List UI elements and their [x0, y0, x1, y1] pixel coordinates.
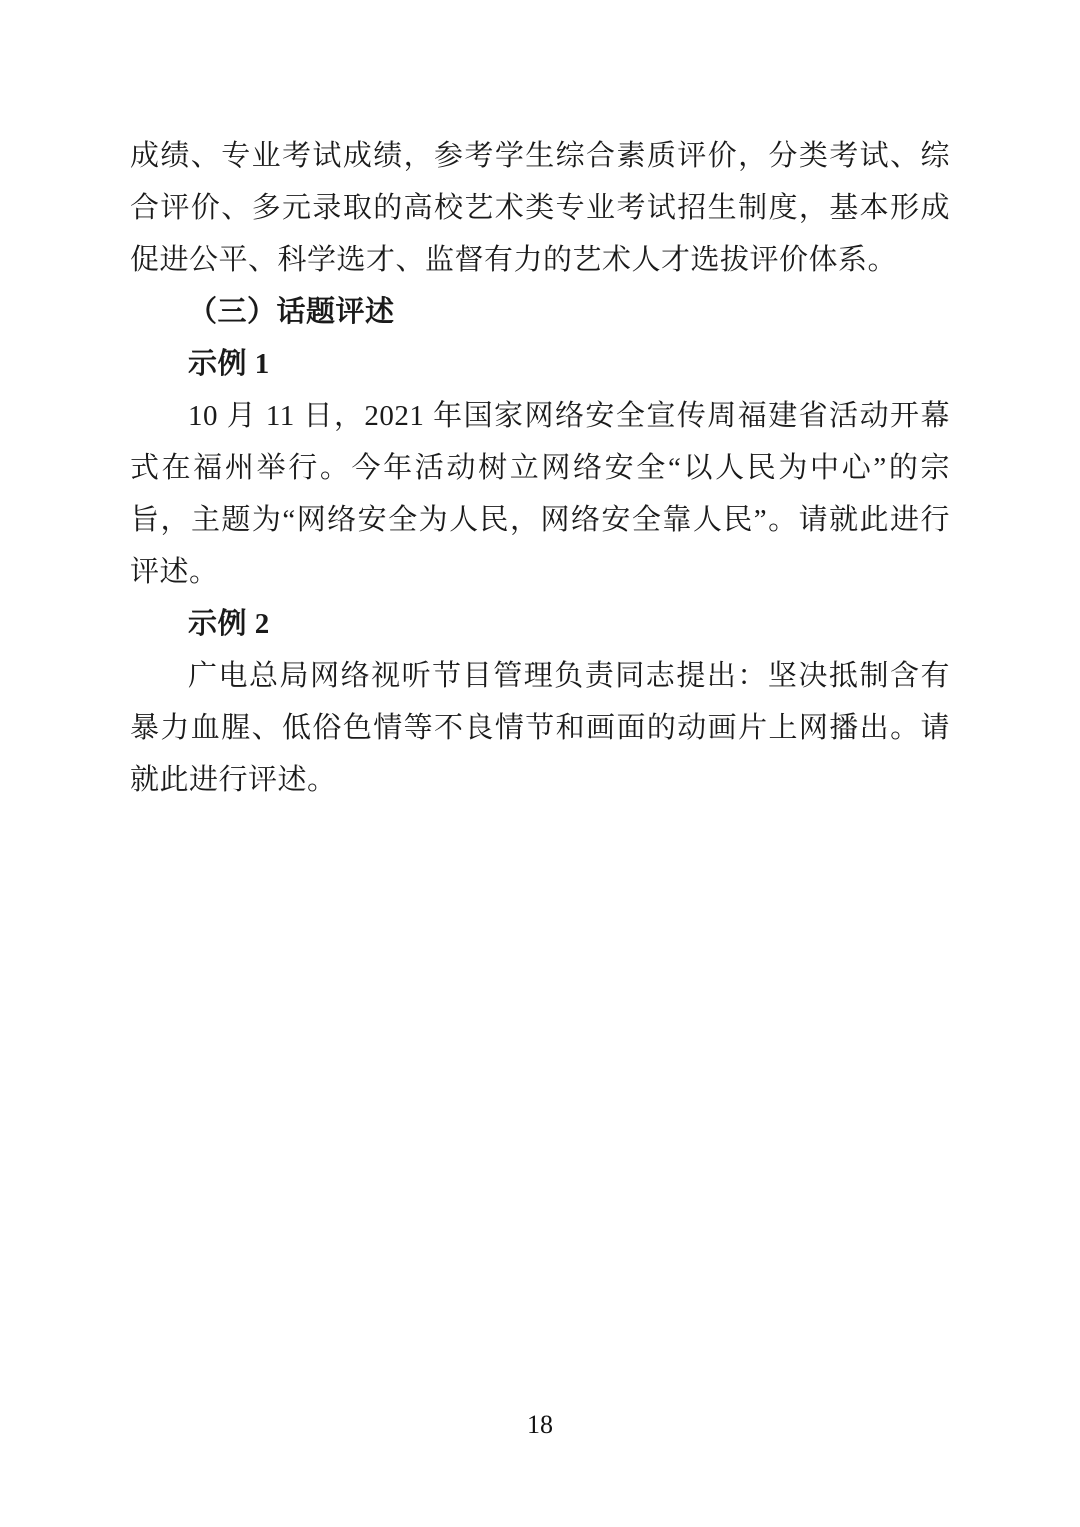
document-page: 成绩、专业考试成绩，参考学生综合素质评价，分类考试、综合评价、多元录取的高校艺术… [0, 0, 1080, 1527]
example-1-heading: 示例 1 [130, 338, 950, 390]
section-heading-topic-review: （三）话题评述 [130, 286, 950, 338]
example-2-heading: 示例 2 [130, 598, 950, 650]
example-1-paragraph: 10 月 11 日，2021 年国家网络安全宣传周福建省活动开幕式在福州举行。今… [130, 390, 950, 598]
page-footer: 18 [0, 1408, 1080, 1442]
body-paragraph-continuation: 成绩、专业考试成绩，参考学生综合素质评价，分类考试、综合评价、多元录取的高校艺术… [130, 130, 950, 286]
page-number: 18 [527, 1410, 553, 1439]
page-content: 成绩、专业考试成绩，参考学生综合素质评价，分类考试、综合评价、多元录取的高校艺术… [130, 130, 950, 806]
example-2-paragraph: 广电总局网络视听节目管理负责同志提出：坚决抵制含有暴力血腥、低俗色情等不良情节和… [130, 650, 950, 806]
